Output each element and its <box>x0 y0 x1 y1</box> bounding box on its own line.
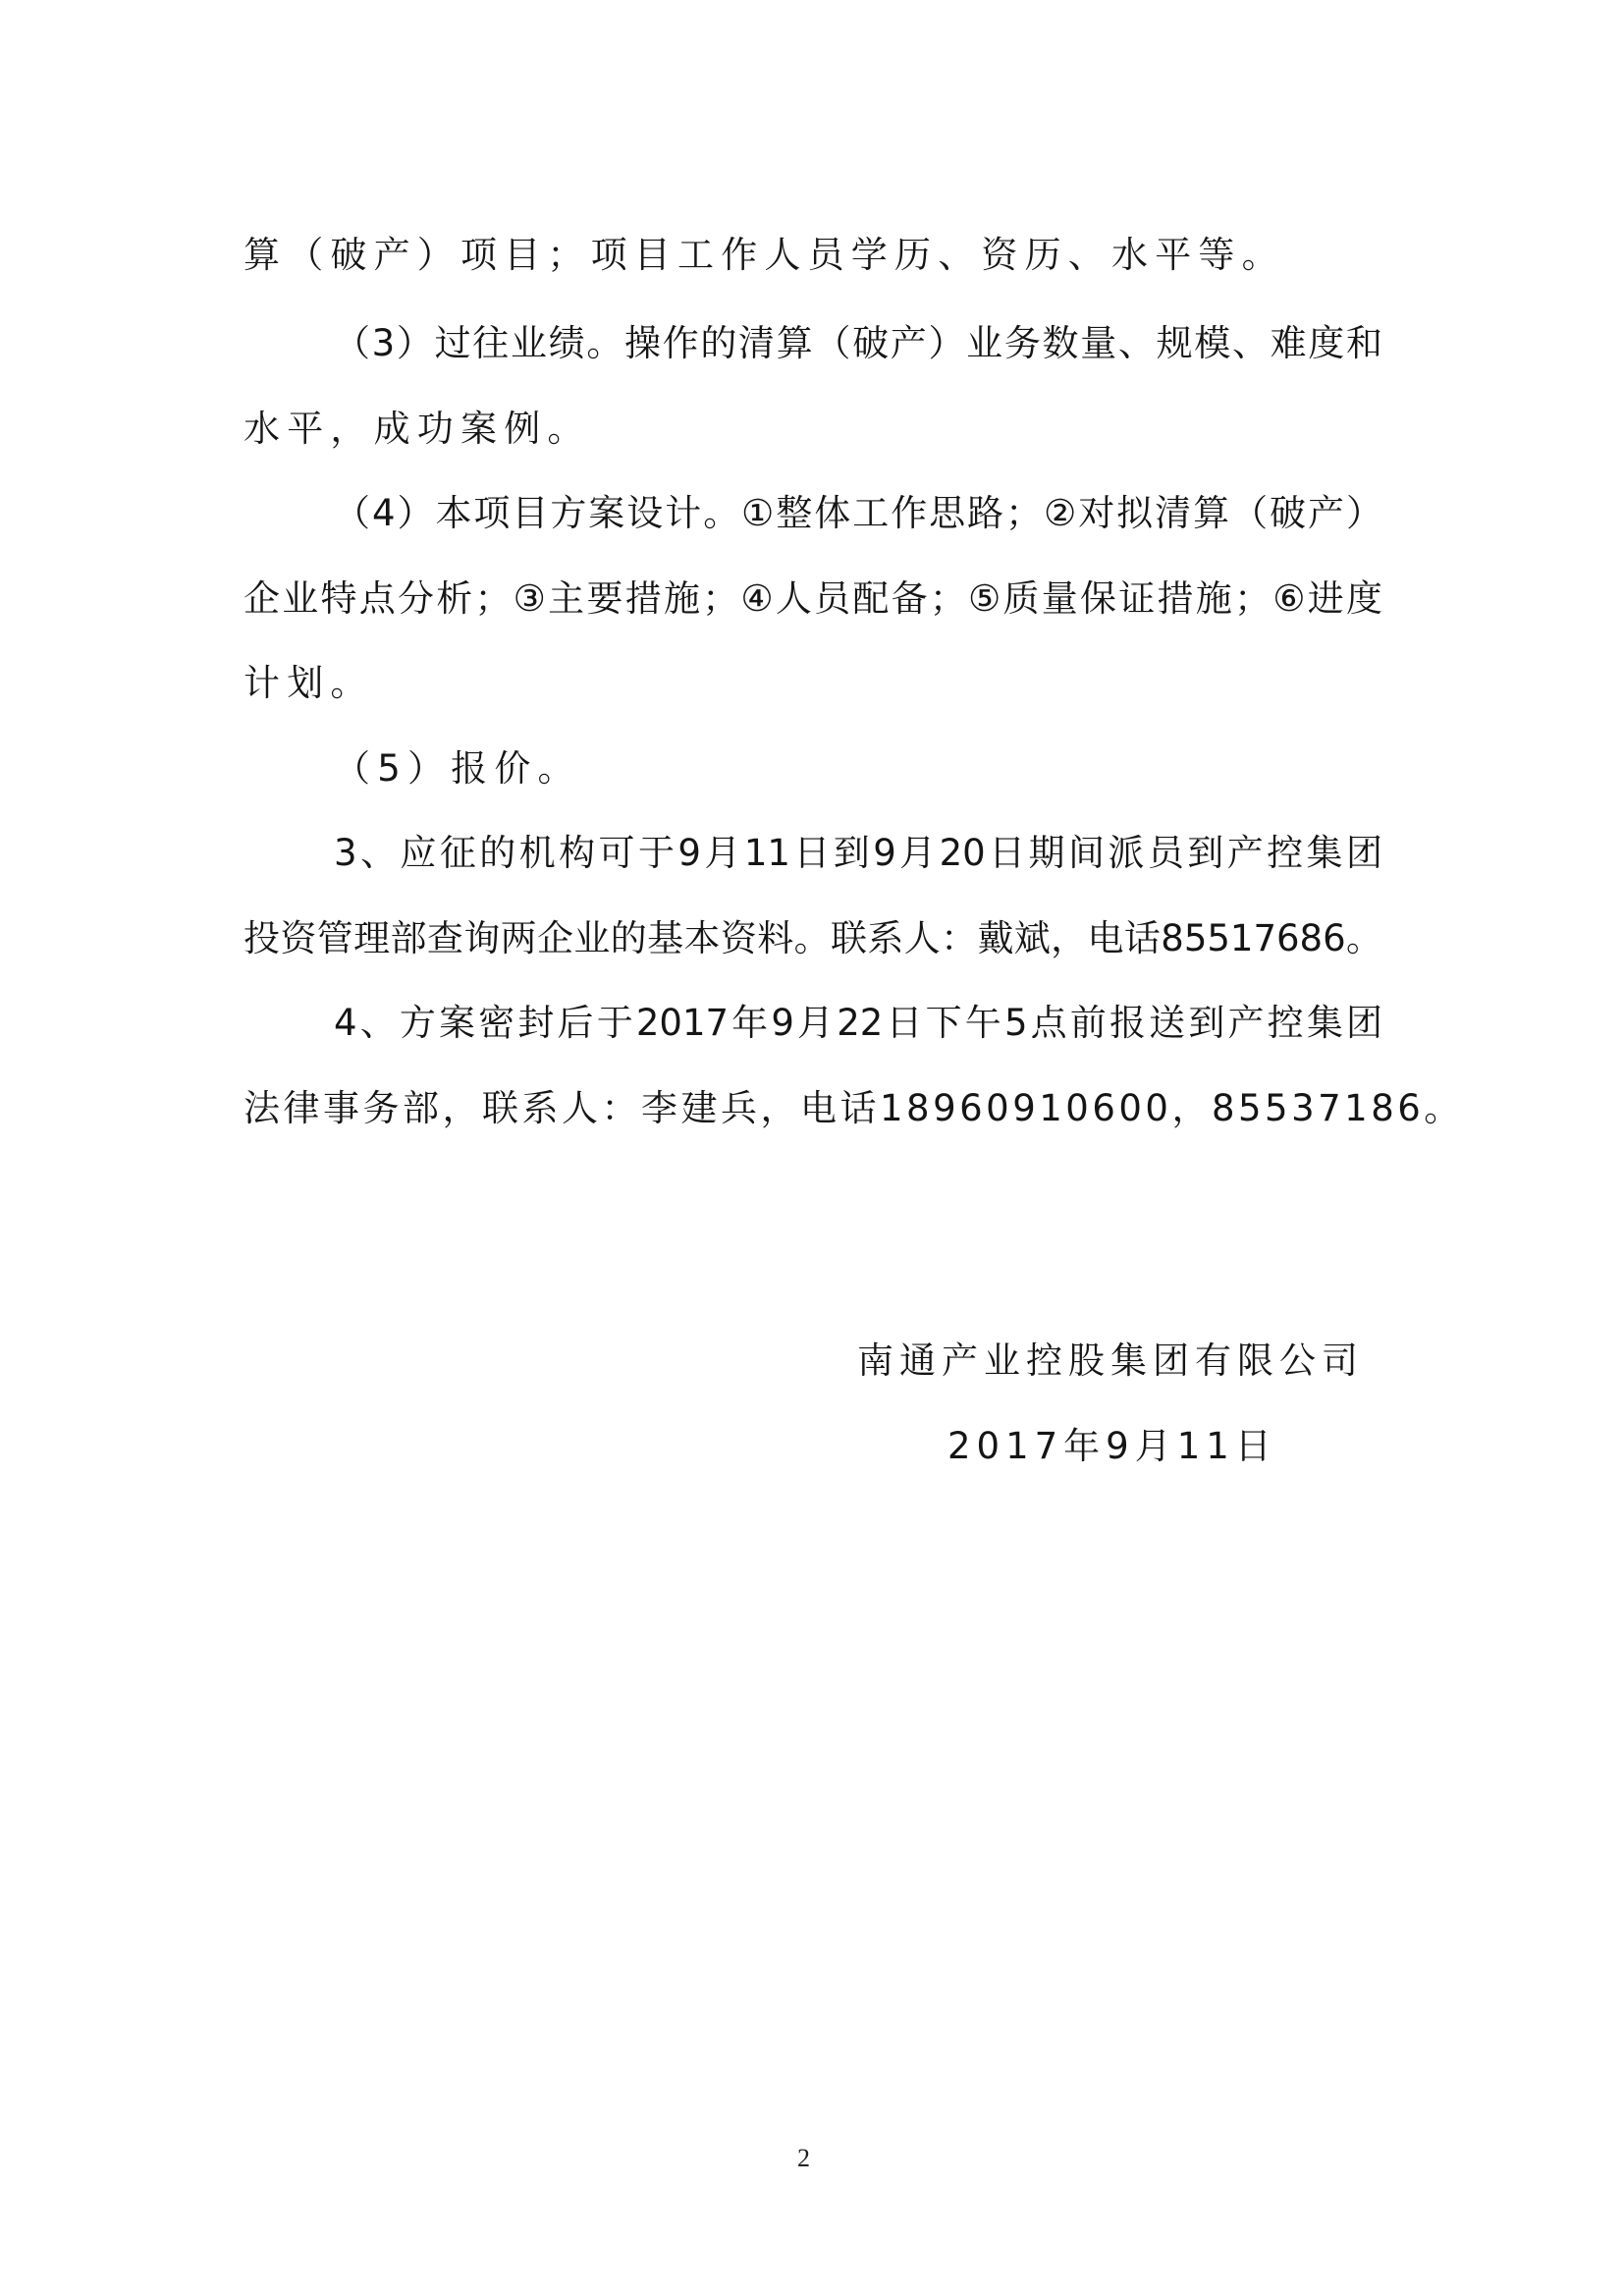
document-page: 算（破产）项目；项目工作人员学历、资历、水平等。 （3）过往业绩。操作的清算（破… <box>0 0 1623 2296</box>
signature-date: 2017年9月11日 <box>947 1424 1277 1469</box>
text-line-4: （4）本项目方案设计。①整体工作思路；②对拟清算（破产） <box>334 491 1382 536</box>
text-line-3: 水平，成功案例。 <box>243 407 1382 452</box>
text-line-5: 企业特点分析；③主要措施；④人员配备；⑤质量保证措施；⑥进度 <box>243 576 1382 622</box>
page-number: 2 <box>797 2144 810 2173</box>
signature-company: 南通产业控股集团有限公司 <box>857 1339 1364 1384</box>
text-line-8: 3、应征的机构可于9月11日到9月20日期间派员到产控集团 <box>334 831 1382 876</box>
text-line-7: （5）报价。 <box>334 746 1382 792</box>
text-line-11: 法律事务部，联系人：李建兵，电话18960910600，85537186。 <box>243 1086 1382 1131</box>
text-line-10: 4、方案密封后于2017年9月22日下午5点前报送到产控集团 <box>334 1001 1382 1046</box>
text-line-9: 投资管理部查询两企业的基本资料。联系人：戴斌，电话85517686。 <box>243 916 1382 961</box>
text-line-1: 算（破产）项目；项目工作人员学历、资历、水平等。 <box>243 233 1382 278</box>
text-line-6: 计划。 <box>243 661 1382 706</box>
text-line-2: （3）过往业绩。操作的清算（破产）业务数量、规模、难度和 <box>334 321 1382 366</box>
